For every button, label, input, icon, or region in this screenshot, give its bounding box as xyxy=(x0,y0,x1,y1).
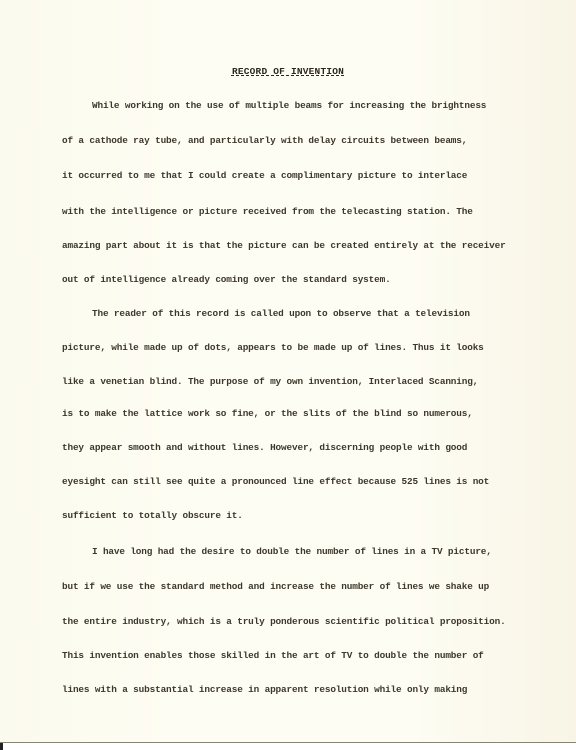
text-line: is to make the lattice work so fine, or … xyxy=(62,408,473,419)
text-line: sufficient to totally obscure it. xyxy=(62,510,243,521)
text-line: but if we use the standard method and in… xyxy=(62,581,489,592)
text-line: of a cathode ray tube, and particularly … xyxy=(62,135,467,146)
text-line: lines with a substantial increase in app… xyxy=(62,684,467,695)
text-line: it occurred to me that I could create a … xyxy=(62,170,467,181)
text-line: While working on the use of multiple bea… xyxy=(92,100,486,111)
text-line: amazing part about it is that the pictur… xyxy=(62,240,506,251)
text-line: like a venetian blind. The purpose of my… xyxy=(62,376,478,387)
typed-page: RECORD OF INVENTION While working on the… xyxy=(0,0,576,742)
text-line: out of intelligence already coming over … xyxy=(62,274,391,285)
text-line: picture, while made up of dots, appears … xyxy=(62,342,484,353)
text-line: The reader of this record is called upon… xyxy=(92,308,470,319)
text-line: with the intelligence or picture receive… xyxy=(62,206,473,217)
text-line: This invention enables those skilled in … xyxy=(62,650,484,661)
text-line: eyesight can still see quite a pronounce… xyxy=(62,476,489,487)
text-line: they appear smooth and without lines. Ho… xyxy=(62,442,467,453)
text-line: the entire industry, which is a truly po… xyxy=(62,616,506,627)
document-title: RECORD OF INVENTION xyxy=(0,66,576,77)
scan-bottom-edge xyxy=(0,742,576,750)
text-line: I have long had the desire to double the… xyxy=(92,546,492,557)
